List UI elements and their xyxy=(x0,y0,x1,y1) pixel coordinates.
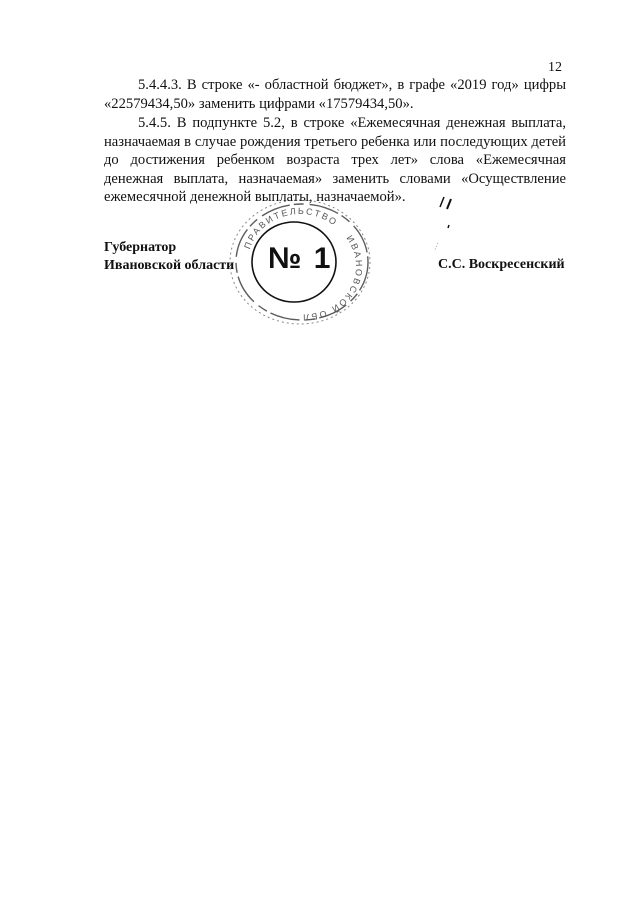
stamp-number: № 1 xyxy=(268,242,332,276)
paragraph-text: 5.4.4.3. В строке «- областной бюджет», … xyxy=(104,76,566,113)
paragraph-5-4-4-3: 5.4.4.3. В строке «- областной бюджет», … xyxy=(104,76,566,113)
paragraph-5-4-5: 5.4.5. В подпункте 5.2, в строке «Ежемес… xyxy=(104,114,566,207)
signatory-title-line1: Губернатор xyxy=(104,239,234,257)
signatory-name: С.С. Воскресенский xyxy=(438,257,565,273)
official-stamp: ПРАВИТЕЛЬСТВО ИВАНОВСКОЙ ОБЛ № 1 xyxy=(228,198,376,326)
signature-mark xyxy=(430,193,470,253)
signatory-title: Губернатор Ивановской области xyxy=(104,239,234,275)
paragraph-text: 5.4.5. В подпункте 5.2, в строке «Ежемес… xyxy=(104,114,566,207)
handwritten-signature-icon xyxy=(430,193,470,253)
signatory-title-line2: Ивановской области xyxy=(104,257,234,275)
page-number: 12 xyxy=(548,60,562,76)
